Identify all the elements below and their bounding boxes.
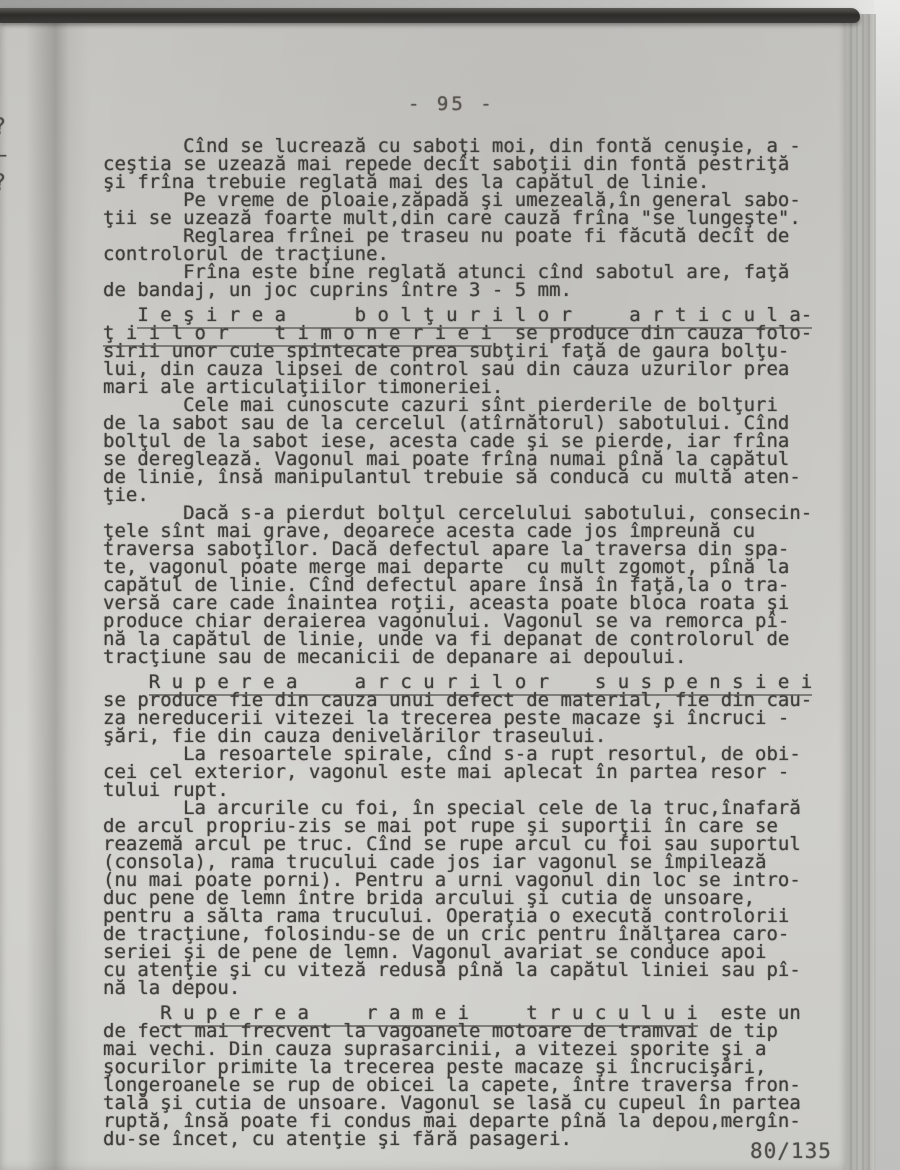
text-segment: du-se încet, cu atenţie şi fără pasageri… (103, 1128, 572, 1150)
text-segment: de linie, însă manipulantul trebuie să c… (103, 466, 801, 488)
text-segment: tracţiune sau de mecanicii de depanare a… (103, 646, 686, 668)
margin-question-mark: ? (0, 171, 6, 196)
sheet-number: 80/135 (750, 1139, 832, 1163)
heading-paragraph: R u p e r e a r a m e i t r u c u l u i … (103, 1004, 828, 1148)
paragraph: Cînd se lucrează cu saboţi moi, din font… (103, 137, 828, 191)
text-line: du-se încet, cu atenţie şi fără pasageri… (103, 1130, 828, 1148)
margin-question-mark: ? (0, 115, 6, 140)
page-number: - 95 - (103, 95, 828, 113)
paragraph: Frîna este bine reglată atunci cînd sabo… (103, 263, 828, 299)
paragraph: Reglarea frînei pe traseu nu poate fi fă… (103, 227, 828, 263)
document-body: Cînd se lucrează cu saboţi moi, din font… (103, 137, 828, 1148)
text-line: de linie, însă manipulantul trebuie să c… (103, 468, 828, 486)
book-cover-edge (0, 8, 860, 23)
typewritten-text-column: - 95 - Cînd se lucrează cu saboţi moi, d… (103, 95, 828, 1148)
paragraph: Cele mai cunoscute cazuri sînt pierderil… (103, 396, 828, 504)
text-line: tracţiune sau de mecanicii de depanare a… (103, 648, 828, 666)
gutter-shadow (26, 15, 90, 1170)
heading-paragraph: I e ş i r e a b o l ţ u r i l o r a r t … (103, 306, 828, 396)
text-segment: nă la depou. (103, 977, 240, 999)
paragraph: La resoartele spirale, cînd s-a rupt res… (103, 745, 828, 799)
paragraph: Dacă s-a pierdut bolţul cercelului sabot… (103, 504, 828, 666)
heading-paragraph: R u p e r e a a r c u r i l o r s u s p … (103, 673, 828, 745)
text-segment: de bandaj, un joc cuprins între 3 - 5 mm… (103, 279, 572, 301)
book-page: ? – ? - 95 - Cînd se lucrează cu saboţi … (0, 15, 846, 1170)
paragraph: Pe vreme de ploaie,zăpadă şi umezeală,în… (103, 191, 828, 227)
scanned-book-page-photo: ? – ? - 95 - Cînd se lucrează cu saboţi … (0, 0, 900, 1170)
text-line: de bandaj, un joc cuprins între 3 - 5 mm… (103, 281, 828, 299)
scanner-background-right (874, 0, 900, 1170)
margin-dash-mark: – (0, 143, 6, 168)
paragraph: La arcurile cu foi, în special cele de l… (103, 799, 828, 997)
text-line: nă la depou. (103, 979, 828, 997)
